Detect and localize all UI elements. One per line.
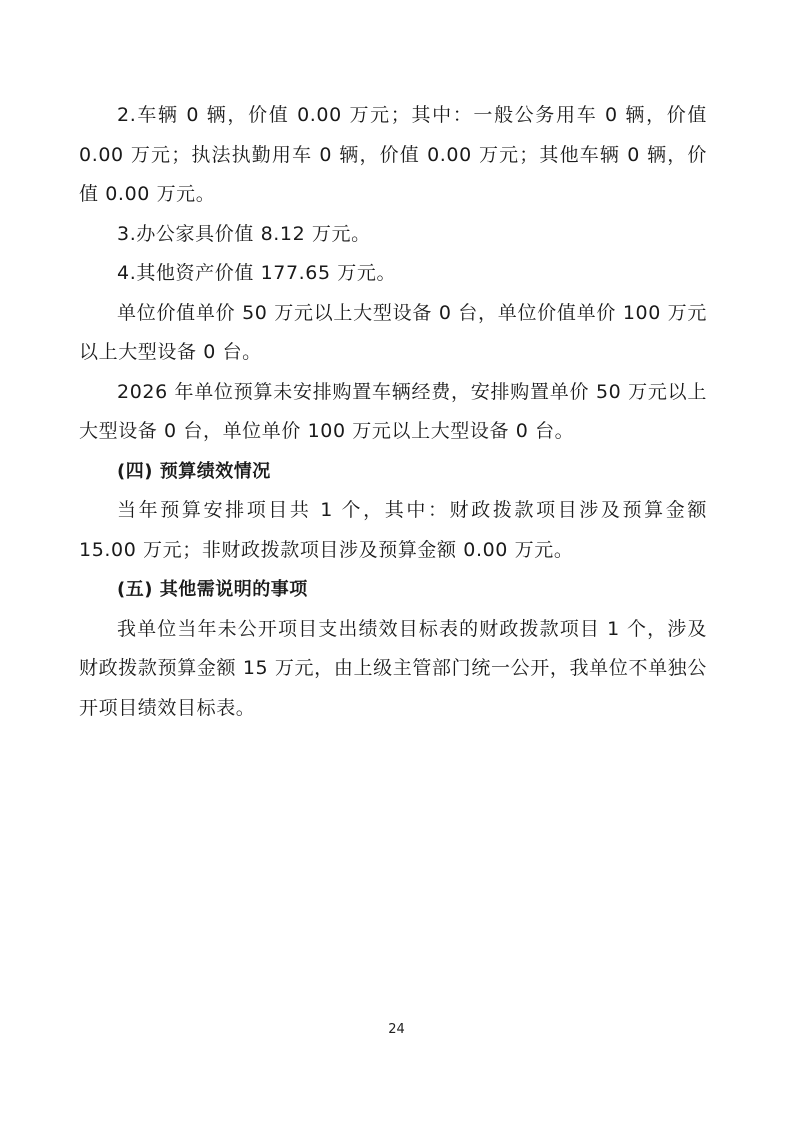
paragraph-budget-performance: 当年预算安排项目共 1 个，其中：财政拨款项目涉及预算金额 15.00 万元；非…	[79, 491, 707, 570]
document-page-body: 2.车辆 0 辆，价值 0.00 万元；其中：一般公务用车 0 辆，价值 0.0…	[79, 96, 707, 728]
paragraph-2026-purchase-plan: 2026 年单位预算未安排购置车辆经费，安排购置单价 50 万元以上大型设备 0…	[79, 373, 707, 452]
paragraph-other-assets: 4.其他资产价值 177.65 万元。	[79, 254, 707, 294]
paragraph-vehicles: 2.车辆 0 辆，价值 0.00 万元；其中：一般公务用车 0 辆，价值 0.0…	[79, 96, 707, 215]
section-heading-budget-performance: (四) 预算绩效情况	[79, 452, 707, 492]
paragraph-other-matters: 我单位当年未公开项目支出绩效目标表的财政拨款项目 1 个，涉及财政拨款预算金额 …	[79, 610, 707, 729]
paragraph-large-equipment: 单位价值单价 50 万元以上大型设备 0 台，单位价值单价 100 万元以上大型…	[79, 294, 707, 373]
paragraph-office-furniture: 3.办公家具价值 8.12 万元。	[79, 215, 707, 255]
page-number: 24	[0, 1022, 793, 1037]
section-heading-other-matters: (五) 其他需说明的事项	[79, 570, 707, 610]
